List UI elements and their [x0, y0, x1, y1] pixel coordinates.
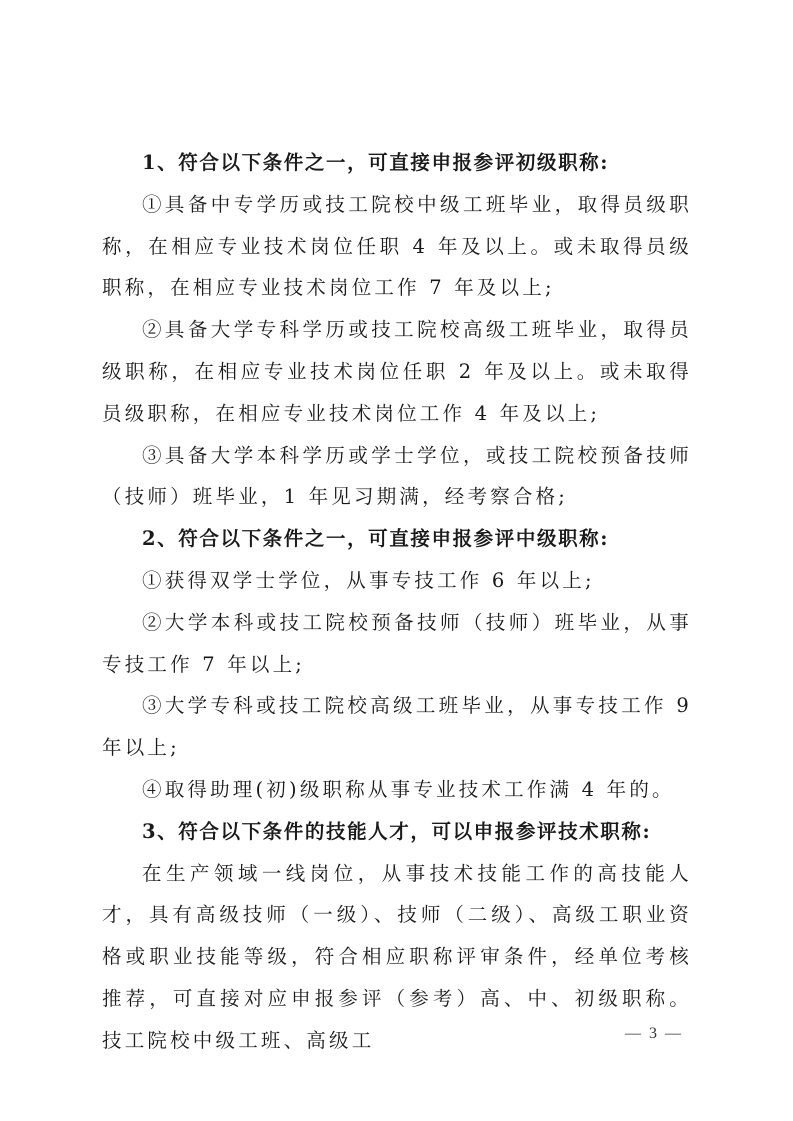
paragraph: ①具备中专学历或技工院校中级工班毕业，取得员级职称，在相应专业技术岗位任职 4 …	[102, 184, 692, 309]
page-number: — 3 —	[625, 1025, 683, 1043]
section-heading-1: 1、符合以下条件之一，可直接申报参评初级职称:	[102, 142, 692, 184]
paragraph: ②具备大学专科学历或技工院校高级工班毕业，取得员级职称，在相应专业技术岗位任职 …	[102, 309, 692, 434]
section-heading-3: 3、符合以下条件的技能人才，可以申报参评技术职称:	[102, 811, 692, 853]
paragraph: ②大学本科或技工院校预备技师（技师）班毕业，从事专技工作 7 年以上;	[102, 602, 692, 686]
document-page: 1、符合以下条件之一，可直接申报参评初级职称: ①具备中专学历或技工院校中级工班…	[102, 142, 692, 1062]
paragraph: 在生产领域一线岗位，从事技术技能工作的高技能人才，具有高级技师（一级）、技师（二…	[102, 853, 692, 1062]
paragraph: ④取得助理(初)级职称从事专业技术工作满 4 年的。	[102, 769, 692, 811]
paragraph: ①获得双学士学位，从事专技工作 6 年以上;	[102, 560, 692, 602]
paragraph: ③大学专科或技工院校高级工班毕业，从事专技工作 9 年以上;	[102, 685, 692, 769]
paragraph: ③具备大学本科学历或学士学位，或技工院校预备技师（技师）班毕业，1 年见习期满，…	[102, 435, 692, 519]
section-heading-2: 2、符合以下条件之一，可直接申报参评中级职称:	[102, 518, 692, 560]
